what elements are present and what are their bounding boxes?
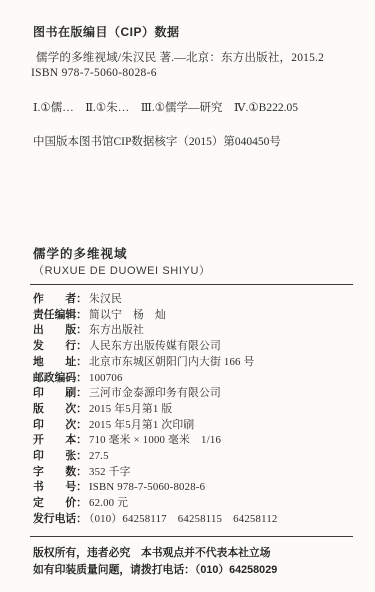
detail-label: 定 价： — [33, 497, 87, 509]
detail-value: 2015 年5月第1 次印刷 — [89, 419, 194, 431]
detail-label: 邮政编码： — [33, 372, 87, 384]
cip-record-number: 中国版本图书馆CIP数据核字（2015）第040450号 — [33, 133, 357, 149]
cip-catalog-entry: 儒学的多维视域/朱汉民 著.—北京：东方出版社，2015.2 — [36, 49, 357, 65]
detail-row: 印 刷：三河市金泰源印务有限公司 — [33, 386, 363, 402]
detail-row: 印 次：2015 年5月第1 次印刷 — [33, 418, 363, 434]
detail-value: ISBN 978-7-5060-8028-6 — [89, 481, 205, 493]
detail-label: 版 次： — [33, 403, 87, 415]
detail-label: 责任编辑： — [33, 309, 87, 321]
detail-label: 字 数： — [33, 466, 87, 478]
detail-row: 发行电话：（010）64258117 64258115 64258112 — [33, 512, 363, 528]
detail-value: 简以宁 杨 灿 — [89, 309, 166, 321]
detail-value: 27.5 — [89, 450, 109, 462]
detail-value: 人民东方出版传媒有限公司 — [89, 340, 221, 352]
book-title: 儒学的多维视域 — [33, 244, 128, 262]
detail-row: 版 次：2015 年5月第1 版 — [33, 402, 363, 418]
detail-row: 作 者：朱汉民 — [33, 292, 363, 308]
quality-hotline-notice: 如有印装质量问题，请拨打电话：（010）64258029 — [33, 562, 363, 577]
detail-label: 发行电话： — [33, 513, 87, 525]
detail-value: 朱汉民 — [89, 293, 122, 305]
detail-label: 出 版： — [33, 324, 87, 336]
detail-row: 开 本：710 毫米 × 1000 毫米 1/16 — [33, 433, 363, 449]
detail-row: 印 张：27.5 — [33, 449, 363, 465]
detail-value: 100706 — [89, 372, 123, 384]
detail-label: 发 行： — [33, 340, 87, 352]
copyright-notice: 版权所有，违者必究 本书观点并不代表本社立场 — [33, 545, 363, 560]
divider-bottom — [30, 536, 353, 537]
detail-row: 发 行：人民东方出版传媒有限公司 — [33, 339, 363, 355]
detail-row: 字 数：352 千字 — [33, 465, 363, 481]
detail-value: 352 千字 — [89, 466, 131, 478]
detail-label: 书 号： — [33, 481, 87, 493]
detail-label: 印 次： — [33, 419, 87, 431]
detail-row: 定 价：62.00 元 — [33, 496, 363, 512]
detail-label: 地 址： — [33, 356, 87, 368]
publication-details: 作 者：朱汉民责任编辑：简以宁 杨 灿出 版：东方出版社发 行：人民东方出版传媒… — [33, 292, 363, 528]
divider-top — [30, 284, 353, 285]
detail-value: 三河市金泰源印务有限公司 — [89, 387, 221, 399]
detail-row: 邮政编码：100706 — [33, 371, 363, 387]
cip-classification: Ⅰ.①儒… Ⅱ.①朱… Ⅲ.①儒学—研究 Ⅳ.①B222.05 — [33, 99, 357, 115]
detail-value: 东方出版社 — [89, 324, 144, 336]
detail-value: 北京市东城区朝阳门内大街 166 号 — [89, 356, 255, 368]
detail-value: 62.00 元 — [89, 497, 128, 509]
detail-label: 作 者： — [33, 293, 87, 305]
detail-row: 出 版：东方出版社 — [33, 323, 363, 339]
detail-row: 地 址：北京市东城区朝阳门内大街 166 号 — [33, 355, 363, 371]
book-copyright-page: 图书在版编目（CIP）数据 儒学的多维视域/朱汉民 著.—北京：东方出版社，20… — [0, 0, 375, 592]
detail-row: 书 号：ISBN 978-7-5060-8028-6 — [33, 480, 363, 496]
detail-row: 责任编辑：简以宁 杨 灿 — [33, 308, 363, 324]
detail-label: 印 张： — [33, 450, 87, 462]
detail-value: 2015 年5月第1 版 — [89, 403, 172, 415]
detail-value: （010）64258117 64258115 64258112 — [89, 513, 278, 525]
detail-label: 印 刷： — [33, 387, 87, 399]
cip-header: 图书在版编目（CIP）数据 — [33, 23, 180, 40]
book-title-pinyin: （RUXUE DE DUOWEI SHIYU） — [33, 262, 211, 278]
detail-value: 710 毫米 × 1000 毫米 1/16 — [89, 434, 221, 446]
cip-isbn: ISBN 978-7-5060-8028-6 — [31, 67, 157, 79]
detail-label: 开 本： — [33, 434, 87, 446]
